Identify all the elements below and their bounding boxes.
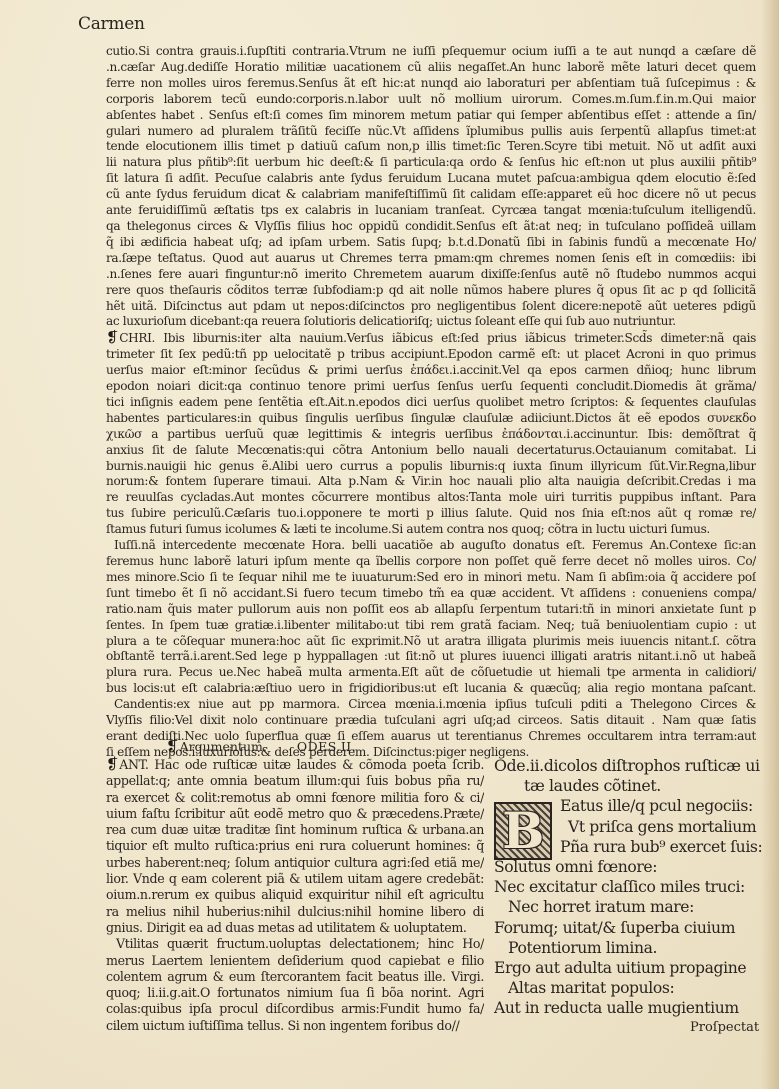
commentary-line: hẽt uitã. Diſcinctus aut pdam ut nepos:d… [106, 299, 756, 315]
commentary-line: tici inſignis eadem pene ſentẽtia eſt.Ai… [106, 395, 756, 411]
commentary-line: .n.ſenes fere auari finguntur:nõ imerito… [106, 267, 756, 283]
chri-paragraph-first-line: ❡CHRI. Ibis liburnis:iter alta nauium.Ve… [106, 330, 756, 347]
commentary-line: obſtantẽ terrã.i.arent.Sed lege p hyppal… [106, 649, 756, 665]
commentary-line: gulari numero ad pluralem trãſitũ feciſſ… [106, 124, 756, 140]
ode-title: Ode.ii.dicolos diſtrophos ruſticæ ui [494, 756, 764, 776]
argument-line: colentem agrum & eum ſtercorantem facit … [106, 969, 484, 985]
commentary-line: habentes particulares:in quibus ſingulis… [106, 411, 756, 427]
commentary-line: burnis.nauigii hic genus ẽ.Alibi uero cu… [106, 459, 756, 475]
verse-line: Altas maritat populos: [494, 978, 764, 998]
commentary-line: qa thelegonus circes & Vlyſſis filius ho… [106, 219, 756, 235]
argument-line: appellat:q; ante omnia beatum illum:qui … [106, 773, 484, 789]
commentary-line: uerſus maior eſt:minor ſecũdus & primi u… [106, 363, 756, 379]
running-head: Carmen [78, 14, 145, 34]
verse-line: Aut in reducta ualle mugientium [494, 998, 764, 1018]
commentary-line: plura a te cõſequar munera:hoc aũt ſic e… [106, 634, 756, 650]
commentary-line: .n.cæſar Aug.dediſſe Horatio militiæ uac… [106, 60, 756, 76]
argumentum-heading: ❡Argumentum. [166, 739, 267, 754]
pilcrow-icon: ❡ [166, 737, 179, 755]
ode-title-continued: tæ laudes cõtinet. [494, 776, 764, 796]
commentary-line: χικῶσ a partibus uerſuũ quæ legittimis &… [106, 427, 756, 443]
commentary-line: tende elocutionem illis timet p datiuũ c… [106, 139, 756, 155]
commentary-line: ratio.nam q̃uis mater pullorum auis non … [106, 602, 756, 618]
commentary-line: tus ſubire periculũ.Cæſaris tuo.i.oppone… [106, 506, 756, 522]
argument-line: cilem uictum iuſtiſſima tellus. Si non i… [106, 1018, 484, 1034]
book-page: Carmen cutio.Si contra grauis.i.ſupſtiti… [0, 0, 779, 1089]
verse-line: Potentiorum limina. [494, 938, 764, 958]
pilcrow-icon: ❡ [106, 330, 118, 346]
argument-line: colas:quibus ipſa procul diſcordibus arm… [106, 1001, 484, 1017]
odes-heading: ODES.II. [297, 739, 356, 754]
argument-first-line: ❡ANT. Hac ode ruſticæ uitæ laudes & cõmo… [106, 756, 484, 773]
commentary-line: epodon noiari dicit:qa continuo tenore p… [106, 379, 756, 395]
argument-line: merus Laertem lenientem deſiderium quod … [106, 953, 484, 969]
commentary-line: ac luxurioſum dicebant:qa reuera ſolutio… [106, 314, 756, 330]
verse-line: Nec horret iratum mare: [494, 897, 764, 917]
pilcrow-icon: ❡ [106, 756, 118, 773]
argument-line: lior. Vnde q eam colerent piã & utilem u… [106, 871, 484, 887]
commentary-line: plura rura. Pecus ue.Nec habeã multa arm… [106, 665, 756, 681]
argument-line: rea cum duæ uitæ traditæ ſint hominum ru… [106, 822, 484, 838]
commentary-line: cũ ante ſydus feruidum dicat & calabriam… [106, 187, 756, 203]
verse-line: Ergo aut adulta uitium propagine [494, 958, 764, 978]
commentary-line: abſentes habet . Senſus eſt:ſi comes ſim… [106, 108, 756, 124]
commentary-line: lii natura plus pñtib⁹:ſit uerbum hic de… [106, 155, 756, 171]
commentary-line: q̃ ibi ædificia habeat uſq; ad ipſam urb… [106, 235, 756, 251]
argument-line: tiquior eſt multo ruſtica:prius eni rura… [106, 838, 484, 854]
initial-letter: B [502, 806, 544, 856]
commentary-line: Iuſſi.nã intercedente mecœnate Hora. bel… [106, 538, 756, 554]
commentary-line: bus locis:ut eſt calabria:æſtiuo uero in… [106, 681, 756, 697]
section-heading: ❡Argumentum. ODES.II. [106, 738, 756, 755]
commentary-line: norum:& fontem ſuperare timaui. Alta p.N… [106, 474, 756, 490]
commentary-line: trimeter ſit ſex pedũ:tñ pp uelocitatẽ p… [106, 347, 756, 363]
verse-line: Solutus omni fœnore: [494, 857, 764, 877]
verse-line: Forumq; uitat/& ſuperba ciuium [494, 918, 764, 938]
argument-line: uium faſtu ſcribitur aũt eodẽ metro quo … [106, 806, 484, 822]
argument-line: Vtilitas quærit fructum.uoluptas delecta… [106, 936, 484, 952]
verse-line: Nec excitatur claſſico miles truci: [494, 877, 764, 897]
argument-line: quoq; li.ii.g.ait.O fortunatos nimium ſu… [106, 985, 484, 1001]
catchword: Proſpectat [690, 1020, 759, 1035]
commentary-line: cutio.Si contra grauis.i.ſupſtiti contra… [106, 44, 756, 60]
commentary-line: corporis laborem tecũ eundo:corporis.n.l… [106, 92, 756, 108]
argument-line: urbes haberent:neq; ſolum antiquior cult… [106, 855, 484, 871]
commentary-line: Candentis:ex niue aut pp marmora. Circea… [106, 697, 756, 713]
commentary-line: ſentes. In ſpem tuæ gratiæ.i.libenter mi… [106, 618, 756, 634]
argument-column: ❡ANT. Hac ode ruſticæ uitæ laudes & cõmo… [106, 756, 484, 1034]
commentary-line: rere quos theſauris cõditos terræ ſubfod… [106, 283, 756, 299]
commentary-line: ferre non molles uiros feremus.Senſus ãt… [106, 76, 756, 92]
ode-text-column: Ode.ii.dicolos diſtrophos ruſticæ ui tæ … [494, 756, 764, 1019]
commentary-line: anxius ſit de ſalute Mecœnatis:qui cõtra… [106, 443, 756, 459]
commentary-line: ante feruidiſſimũ æſtatis tps ex calabri… [106, 203, 756, 219]
commentary-line: re reuulſas cycladas.Aut montes cõcurrer… [106, 490, 756, 506]
commentary-line: mes minore.Scio ſi te ſequar nihil me te… [106, 570, 756, 586]
commentary-block: cutio.Si contra grauis.i.ſupſtiti contra… [106, 44, 756, 761]
commentary-line: Vlyſſis filio:Vel dixit nolo continuare … [106, 713, 756, 729]
commentary-line: ſunt timebo ẽt ſi nõ accidant.Si fuero t… [106, 586, 756, 602]
argument-line: ra melius nihil huberius:nihil dulcius:n… [106, 904, 484, 920]
argument-line: gnius. Dirigit ea ad duas metas ad utili… [106, 920, 484, 936]
argument-line: oium.n.rerum ex quibus aliquid exquiritu… [106, 887, 484, 903]
commentary-line: ſit latura ſi adſit. Pecuſue calabris an… [106, 171, 756, 187]
commentary-line: ra.ſæpe teſtatus. Quod aut auarus ut Chr… [106, 251, 756, 267]
commentary-line: feremus hunc laborẽ laturi ipſum mente q… [106, 554, 756, 570]
argument-line: ra exercet & colit:remotus ab omni fœnor… [106, 790, 484, 806]
commentary-line: ſtamus futuri ſumus icolumes & læti te i… [106, 522, 756, 538]
decorated-initial-b-icon: B [494, 802, 552, 860]
